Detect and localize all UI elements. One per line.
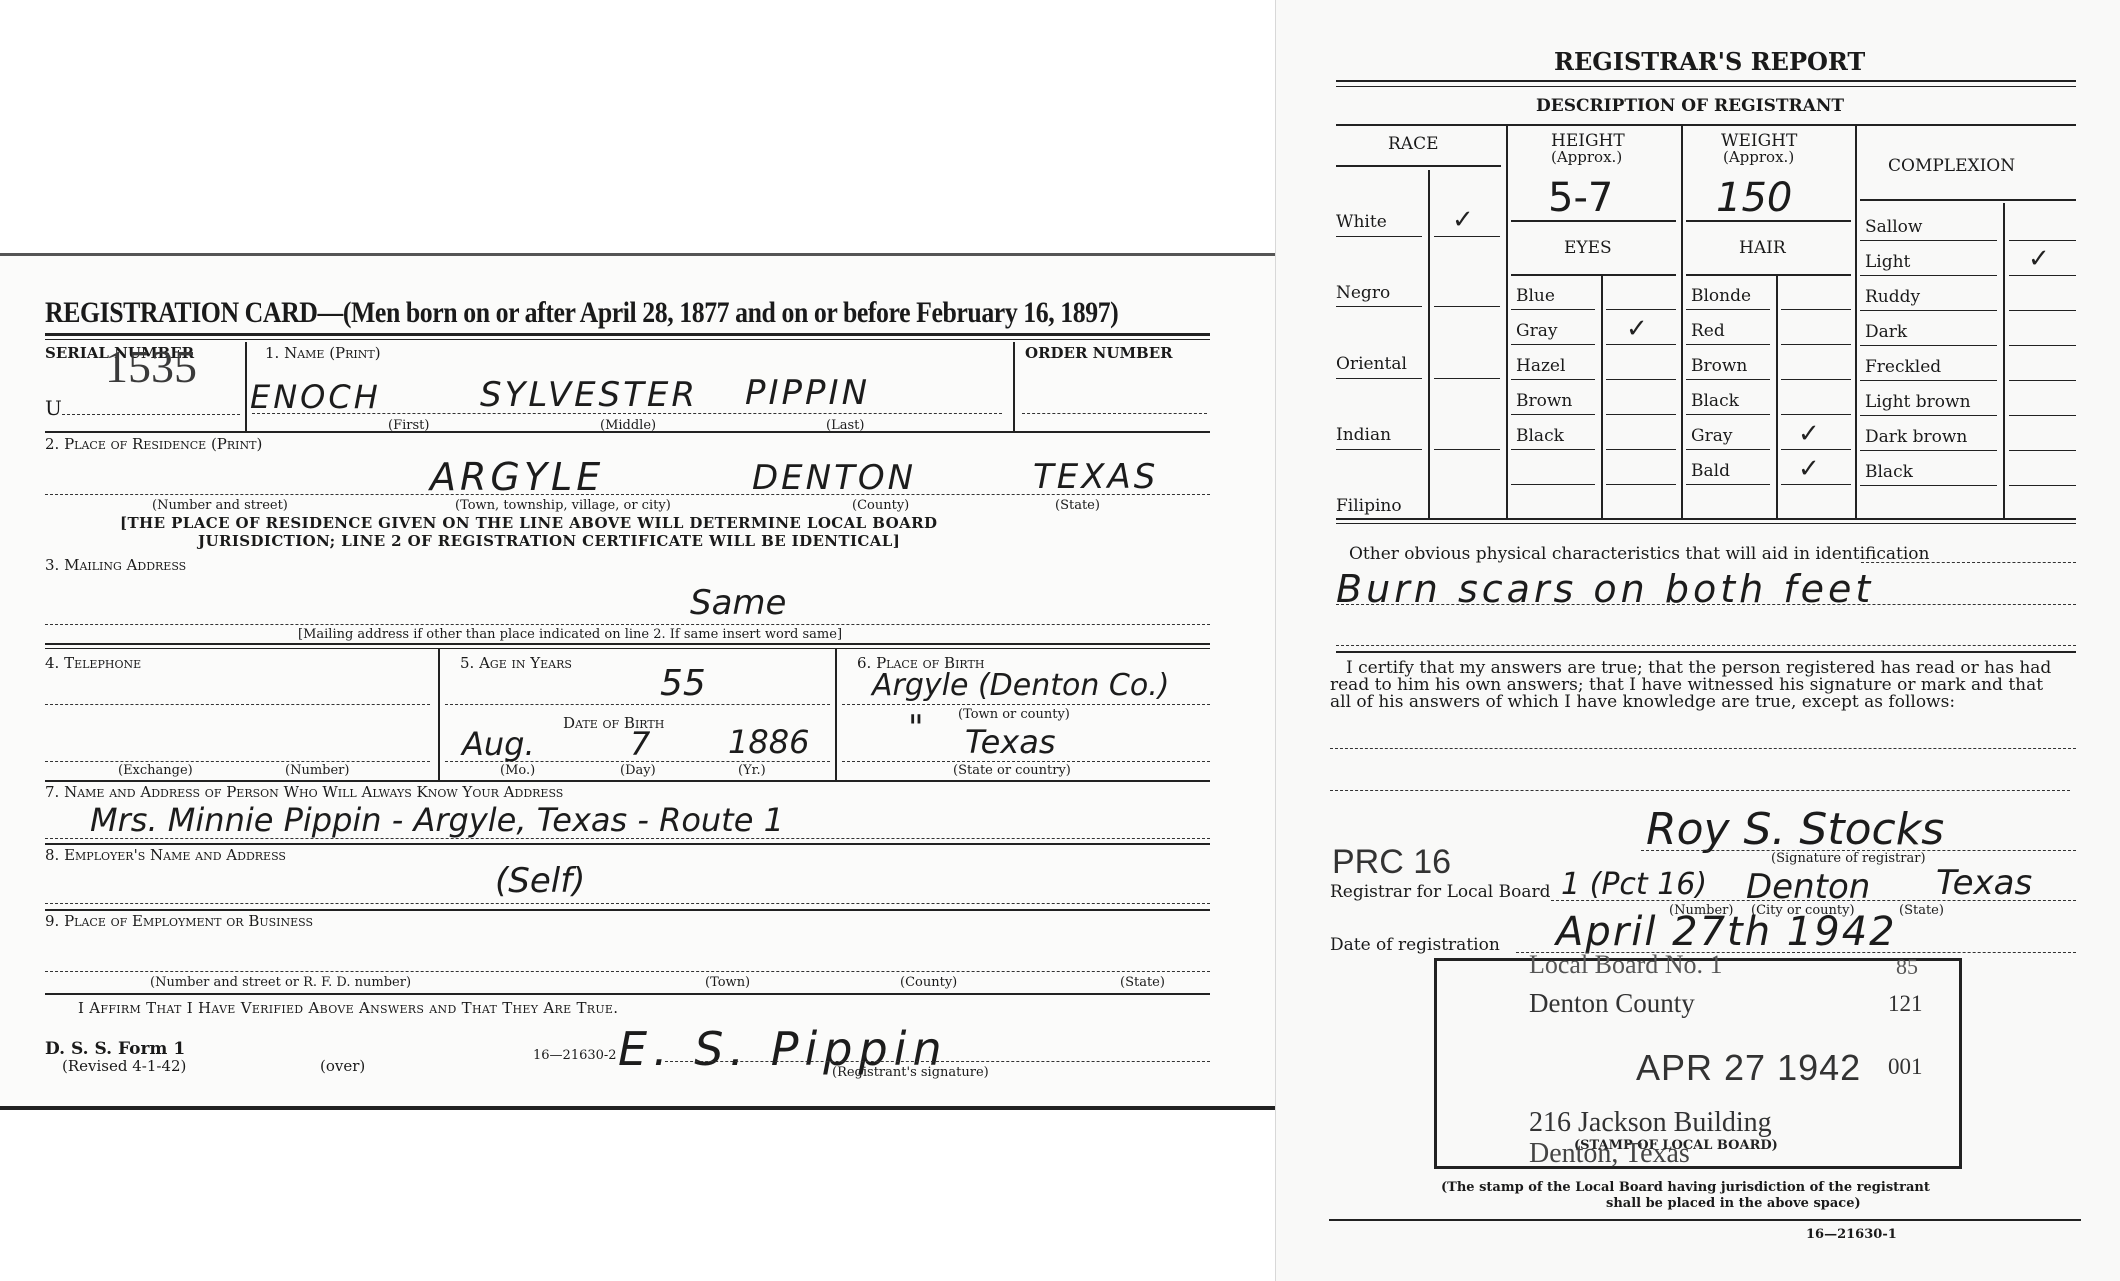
divider [1506,126,1508,518]
exceptions-input-line-1[interactable] [1330,748,2076,749]
divider [1336,124,2076,126]
birthplace-town-caption: (Town or county) [958,708,1070,721]
complexion-sallow-label: Sallow [1865,219,1922,236]
checkbox-line [1781,484,1851,485]
checkbox-line [2009,310,2076,311]
contact-input-line[interactable] [45,838,1210,839]
form-name: D. S. S. Form 1 [45,1041,185,1058]
complexion-light-label: Light [1865,254,1910,271]
hair-gray-check[interactable]: ✓ [1798,421,1820,447]
employment-place-input-line[interactable] [45,971,1210,972]
eyes-gray-check[interactable]: ✓ [1626,316,1648,342]
checkbox-line [1606,344,1676,345]
residence-town: ARGYLE [430,458,604,496]
stamp-note-1: (The stamp of the Local Board having jur… [1441,1181,1930,1194]
emp-county-caption: (County) [900,976,957,989]
residence-notice-2: JURISDICTION; LINE 2 OF REGISTRATION CER… [198,534,900,549]
age-label: 5. Age in Years [460,656,572,671]
serial-number-value: 1535 [105,344,197,390]
divider [1776,276,1778,518]
local-board-number: 1 (Pct 16) [1561,870,1707,900]
divider [45,780,1210,782]
divider [245,342,247,431]
divider [1511,449,1595,450]
complexion-black-label: Black [1865,464,1913,481]
divider [1686,274,1851,276]
employer-value: (Self) [495,864,585,898]
divider [1860,310,1997,311]
divider [1860,485,1997,486]
form-revised: (Revised 4-1-42) [62,1059,186,1074]
divider [1686,220,1851,222]
contact-value: Mrs. Minnie Pippin - Argyle, Texas - Rou… [90,804,784,836]
divider [1336,236,1422,237]
divider [1686,379,1770,380]
registrar-signature: Roy S. Stocks [1646,808,1944,852]
divider [45,843,1210,845]
employer-label: 8. Employer's Name and Address [45,848,286,863]
eyes-black-label: Black [1516,428,1564,445]
middle-name-value: SYLVESTER [480,378,698,412]
divider [1013,342,1015,431]
divider [45,648,1210,649]
divider [45,909,1210,911]
order-number-input-line[interactable] [1022,413,1207,414]
hair-gray-label: Gray [1691,428,1732,445]
divider [1855,126,1857,518]
signature-caption: (Registrant's signature) [832,1066,989,1079]
divider [1336,80,2076,82]
rfd-caption: (Number and street or R. F. D. number) [150,976,411,989]
state-caption: (State) [1055,499,1100,512]
checkbox-line [1781,309,1851,310]
birthplace-town-input[interactable] [842,704,1210,705]
divider [1686,484,1770,485]
first-name-value: ENOCH [250,381,381,413]
checkbox-line [2009,415,2076,416]
hair-black-label: Black [1691,393,1739,410]
birthplace-state: Texas [965,726,1056,758]
registration-card: REGISTRATION CARD—(Men born on or after … [0,253,1275,1110]
checkbox-line [1606,449,1676,450]
employer-input-line[interactable] [45,903,1210,904]
complexion-light-brown-label: Light brown [1865,394,1971,411]
checkbox-line [1781,344,1851,345]
birthplace-ditto: " [908,711,924,745]
dob-day: 7 [630,728,650,760]
other-input-line-2[interactable] [1336,604,2076,605]
registrars-report-card: REGISTRAR'S REPORT DESCRIPTION OF REGIST… [1275,0,2120,1281]
certify-line-3: all of his answers of which I have knowl… [1330,694,1955,711]
checkbox-line [1606,484,1676,485]
divider [1336,165,1501,167]
stamp-num-3: 001 [1888,1055,1923,1078]
hair-bald-check[interactable]: ✓ [1798,456,1820,482]
divider [2003,203,2005,518]
date-of-registration-value: April 27th 1942 [1556,912,1897,952]
eyes-brown-label: Brown [1516,393,1572,410]
local-board-state: Texas [1936,866,2032,900]
divider [1511,414,1595,415]
stamp-date: APR 27 1942 [1636,1050,1861,1086]
checkbox-line [2009,275,2076,276]
checkbox-line-oriental [1434,378,1500,379]
checkbox-line [1606,379,1676,380]
dob-year: 1886 [728,726,809,758]
residence-notice-1: [THE PLACE OF RESIDENCE GIVEN ON THE LIN… [120,516,937,531]
race-negro-label: Negro [1336,285,1390,302]
divider [1860,240,1997,241]
prc-stamp: PRC 16 [1332,845,1451,879]
street-caption: (Number and street) [152,499,288,512]
date-of-registration-label: Date of registration [1330,937,1500,954]
complexion-dark-label: Dark [1865,324,1907,341]
mailing-value: Same [690,586,786,620]
checkbox-line [1781,414,1851,415]
checkbox-line [2009,380,2076,381]
checkbox-line [1781,449,1851,450]
other-characteristics-value: Burn scars on both feet [1336,570,1874,608]
divider [1428,170,1430,518]
stamp-num-2: 121 [1888,992,1923,1015]
divider [45,643,1210,645]
local-board-input-line[interactable] [1551,900,2076,901]
weight-value: 150 [1716,178,1792,218]
divider [1336,449,1422,450]
checkbox-line-white [1434,236,1500,237]
residence-input-line[interactable] [45,494,1210,495]
mailing-label: 3. Mailing Address [45,558,186,573]
dob-month: Aug. [462,728,535,760]
height-sub: (Approx.) [1551,150,1622,165]
last-name-value: PIPPIN [745,376,870,410]
divider [1686,309,1770,310]
telephone-label: 4. Telephone [45,656,141,671]
checkbox-line-negro [1434,306,1500,307]
telephone-exchange-input[interactable] [45,704,430,705]
checkbox-line [2009,345,2076,346]
divider [1860,199,2076,201]
divider [45,333,1210,336]
affirm-statement: I Affirm That I Have Verified Above Answ… [78,1001,618,1016]
divider [1686,414,1770,415]
complexion-ruddy-label: Ruddy [1865,289,1920,306]
race-indian-label: Indian [1336,427,1391,444]
emp-state-caption: (State) [1120,976,1165,989]
print-code: 16—21630-2 [533,1049,617,1062]
checkbox-line [2009,240,2076,241]
checkbox-line [1781,379,1851,380]
hair-brown-label: Brown [1691,358,1747,375]
residence-county: DENTON [752,461,916,495]
divider [1860,275,1997,276]
divider [1336,518,2076,520]
mailing-caption: [Mailing address if other than place ind… [298,628,842,641]
complexion-light-check[interactable]: ✓ [2028,246,2050,272]
stamp-line-5: Denton, Texas [1529,1140,1690,1168]
divider [1336,306,1422,307]
age-input-line[interactable] [445,704,830,705]
hair-red-label: Red [1691,323,1725,340]
telephone-number-input[interactable] [45,761,430,762]
weight-sub: (Approx.) [1723,150,1794,165]
county-caption: (County) [852,499,909,512]
divider [1860,345,1997,346]
divider [45,993,1210,995]
serial-prefix: U [45,398,62,418]
divider [1860,415,1997,416]
emp-town-caption: (Town) [705,976,750,989]
other-characteristics-label: Other obvious physical characteristics t… [1349,546,1929,563]
divider [1860,450,1997,451]
divider [1336,651,2076,653]
divider [1686,344,1770,345]
stamp-line-4: 216 Jackson Building [1529,1109,1772,1137]
serial-input-line[interactable] [62,414,240,415]
divider [45,339,1210,340]
birthplace-town: Argyle (Denton Co.) [872,671,1169,701]
stamp-line-1: Local Board No. 1 [1529,952,1723,978]
month-caption: (Mo.) [500,764,535,777]
exceptions-input-line-2[interactable] [1330,790,2070,791]
print-code: 16—21630-1 [1806,1228,1897,1241]
order-number-label: ORDER NUMBER [1025,346,1173,361]
divider [438,648,440,780]
divider [1511,484,1595,485]
divider [1511,309,1595,310]
complexion-dark-brown-label: Dark brown [1865,429,1967,446]
day-caption: (Day) [620,764,656,777]
description-subtitle: DESCRIPTION OF REGISTRANT [1536,98,1844,115]
name-label: 1. Name (Print) [265,346,381,361]
birthplace-state-caption: (State or country) [953,764,1071,777]
report-title: REGISTRAR'S REPORT [1554,50,1865,74]
eyes-gray-label: Gray [1516,323,1557,340]
divider [1336,378,1422,379]
race-filipino-label: Filipino [1336,498,1402,515]
height-value: 5-7 [1548,178,1613,218]
hair-header: HAIR [1739,240,1786,257]
checkbox-line [1606,309,1676,310]
divider [1511,274,1676,276]
other-input-line-3[interactable] [1336,645,2076,646]
stamp-note-2: shall be placed in the above space) [1606,1197,1861,1210]
complexion-freckled-label: Freckled [1865,359,1941,376]
divider [1860,380,1997,381]
birthplace-state-input[interactable] [842,761,1210,762]
eyes-header: EYES [1564,240,1612,257]
race-white-check[interactable]: ✓ [1452,207,1474,233]
divider [1681,126,1683,518]
eyes-blue-label: Blue [1516,288,1555,305]
exchange-caption: (Exchange) [118,764,193,777]
divider [1511,220,1676,222]
signature-line[interactable] [665,1061,1210,1062]
hair-bald-label: Bald [1691,463,1730,480]
divider [835,648,837,780]
divider [1511,344,1595,345]
number-caption: (Number) [285,764,349,777]
registrar-signature-caption: (Signature of registrar) [1771,852,1926,865]
year-caption: (Yr.) [738,764,766,777]
name-input-line[interactable] [252,413,1002,414]
local-board-city: Denton [1746,870,1870,904]
local-board-label: Registrar for Local Board [1330,884,1550,901]
race-header: RACE [1388,136,1439,153]
divider [1336,523,2076,524]
checkbox-line [2009,450,2076,451]
residence-state: TEXAS [1033,460,1158,494]
divider [1336,86,2076,87]
over-label: (over) [320,1059,365,1074]
contact-label: 7. Name and Address of Person Who Will A… [45,785,563,800]
divider [1601,276,1603,518]
race-oriental-label: Oriental [1336,356,1407,373]
hair-blonde-label: Blonde [1691,288,1751,305]
checkbox-line-indian [1434,449,1500,450]
checkbox-line [1606,414,1676,415]
checkbox-line [2009,485,2076,486]
stamp-line-2: Denton County [1529,990,1695,1017]
stamp-num-1: 85 [1896,956,1918,978]
divider [1686,449,1770,450]
divider [45,431,1210,433]
age-value: 55 [660,666,706,702]
race-white-label: White [1336,214,1387,231]
residence-label: 2. Place of Residence (Print) [45,437,262,452]
mailing-input-line[interactable] [45,624,1210,625]
other-input-line-1[interactable] [1861,562,2076,563]
card-title: REGISTRATION CARD—(Men born on or after … [45,298,1118,328]
employment-place-label: 9. Place of Employment or Business [45,914,313,929]
local-board-state-caption: (State) [1899,904,1944,917]
town-caption: (Town, township, village, or city) [455,499,671,512]
dob-input-line[interactable] [445,761,830,762]
divider [1329,1219,2081,1221]
eyes-hazel-label: Hazel [1516,358,1565,375]
divider [1511,379,1595,380]
complexion-header: COMPLEXION [1888,158,2015,175]
